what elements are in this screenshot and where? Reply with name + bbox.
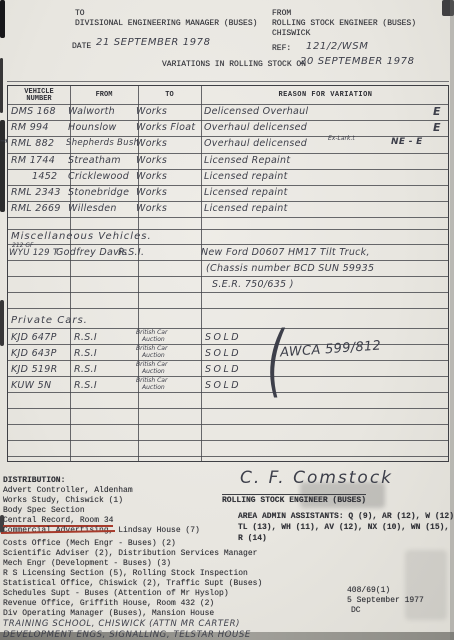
row-from: R.S.I (74, 364, 97, 375)
row-vehicle: KJD 643P (11, 348, 57, 359)
misc-from: Godfrey Davis (56, 247, 127, 258)
grouping-brace: ( (267, 326, 284, 396)
row-vehicle: 1452 (32, 171, 57, 182)
row-reason: SOLD (205, 364, 241, 375)
row-line (8, 392, 448, 393)
scan-artifact (0, 120, 5, 212)
row-line (8, 120, 448, 121)
row-line (8, 201, 448, 202)
col-header-from: FROM (70, 91, 138, 99)
form-initials: DC (351, 606, 361, 615)
form-date: 5 September 1977 (347, 596, 424, 605)
scan-artifact (0, 0, 5, 38)
row-from: Stonebridge (68, 187, 129, 198)
row-from: Willesden (68, 203, 117, 214)
row-line (8, 440, 448, 441)
row-to: Works (136, 138, 167, 149)
row-note: E (433, 105, 441, 118)
misc-heading: Miscellaneous Vehicles. (11, 231, 152, 242)
row-line (8, 360, 448, 361)
from-place: CHISWICK (272, 29, 310, 38)
distribution-item: Div Operating Manager (Buses), Mansion H… (3, 609, 283, 619)
form-reference: 408/69(1) (347, 586, 390, 595)
from-value: ROLLING STOCK ENGINEER (BUSES) (272, 19, 416, 28)
row-from: R.S.I (74, 348, 97, 359)
row-line (8, 292, 448, 293)
row-reason: Licensed repaint (204, 187, 288, 198)
misc-reason-2: (Chassis number BCD SUN 59935 (206, 263, 374, 274)
row-line (8, 276, 448, 277)
col-header-vehicle-2: NUMBER (8, 95, 70, 103)
row-line (8, 328, 448, 329)
distribution-item-handwritten: TRAINING SCHOOL, CHISWICK (ATTN MR CARTE… (3, 619, 283, 629)
row-vehicle: KJD 647P (11, 332, 57, 343)
scan-artifact (405, 550, 447, 620)
row-vehicle: DMS 168 (11, 106, 56, 117)
row-vehicle: KUW 5N (11, 380, 51, 391)
distribution-item: Statistical Office, Chiswick (2), Traffi… (3, 579, 283, 589)
row-line (8, 260, 448, 261)
col-header-reason: REASON FOR VARIATION (201, 91, 450, 99)
row-to-2: Auction (142, 385, 192, 392)
admin-assistants-line2: TL (13), WH (11), AV (12), NX (10), WN (… (238, 523, 449, 532)
row-reason: Licensed repaint (204, 171, 288, 182)
scan-artifact (450, 0, 454, 640)
signature-title: ROLLING STOCK ENGINEER (BUSES) (222, 494, 366, 505)
ref-value-handwritten: 121/2/WSM (306, 41, 368, 52)
row-line (8, 185, 448, 186)
misc-reason-1: New Ford D0607 HM17 Tilt Truck, (201, 247, 370, 258)
row-to-2: Auction (142, 369, 192, 376)
distribution-item-commercial-rest: Lindsay House (7) (113, 526, 199, 535)
row-line (8, 229, 448, 230)
brace-note: AWCA 599/812 (280, 338, 382, 360)
row-line (8, 153, 448, 154)
row-to: Works (136, 171, 167, 182)
row-from: Walworth (68, 106, 115, 117)
row-to-2: Auction (142, 337, 192, 344)
row-line (8, 456, 448, 457)
misc-reason-3: S.E.R. 750/635 ) (212, 279, 294, 290)
row-line (8, 344, 448, 345)
row-line (8, 217, 448, 218)
row-from: Streatham (68, 155, 121, 166)
to-label: TO (75, 9, 85, 18)
row-reason: SOLD (205, 380, 241, 391)
row-vehicle: KJD 519R (11, 364, 58, 375)
signature-handwritten: C. F. Comstock (240, 468, 393, 488)
distribution-item: Scientific Adviser (2), Distribution Ser… (3, 549, 283, 559)
admin-assistants-line3: R (14) (238, 534, 267, 543)
distribution-item: R S Licensing Section (5), Rolling Stock… (3, 569, 283, 579)
row-note: E (433, 121, 441, 134)
private-heading: Private Cars. (11, 315, 88, 326)
admin-assistants-line1: AREA ADMIN ASSISTANTS: Q (9), AR (12), W… (238, 512, 454, 521)
distribution-item-handwritten: DEVELOPMENT ENGS, SIGNALLING, TELSTAR HO… (3, 630, 283, 640)
row-note: NE - E (391, 137, 423, 147)
row-reason: Delicensed Overhaul (204, 106, 308, 117)
row-line (8, 308, 448, 309)
row-reason: SOLD (205, 348, 241, 359)
row-line (8, 136, 448, 137)
row-to: Works (136, 155, 167, 166)
row-to: Works (136, 187, 167, 198)
row-line (8, 169, 448, 170)
row-from: Cricklewood (68, 171, 129, 182)
variations-table: VEHICLE NUMBER FROM TO REASON FOR VARIAT… (7, 85, 449, 462)
distribution-item: Revenue Office, Griffith House, Room 432… (3, 599, 283, 609)
row-reason: SOLD (205, 332, 241, 343)
memo-title-date-handwritten: 20 SEPTEMBER 1978 (300, 56, 415, 67)
to-value: DIVISIONAL ENGINEERING MANAGER (BUSES) (75, 19, 257, 28)
scanned-memo-page: TO DIVISIONAL ENGINEERING MANAGER (BUSES… (0, 0, 454, 640)
row-vehicle: RML 2669 (11, 203, 61, 214)
row-reason: Overhaul delicensed (204, 138, 307, 149)
row-to-2: Auction (142, 353, 192, 360)
distribution-item-commercial-struck: Commercial Advertising, (3, 526, 113, 535)
row-reason: Overhaul delicensed (204, 122, 307, 133)
row-line (8, 376, 448, 377)
row-to: Works Float (136, 122, 195, 133)
row-to: Works (136, 106, 167, 117)
misc-to: R.S.I. (118, 247, 144, 258)
date-label: DATE (72, 42, 91, 51)
misc-vehicle: WYU 129 T (9, 248, 58, 258)
row-from: Hounslow (68, 122, 117, 133)
row-vehicle: RML 882 (11, 138, 54, 149)
ref-label: REF: (272, 44, 291, 53)
row-line (8, 104, 448, 105)
row-line (8, 424, 448, 425)
row-vehicle: RM 1744 (11, 155, 55, 166)
row-vehicle: RML 2343 (11, 187, 61, 198)
row-from: R.S.I (74, 332, 97, 343)
distribution-item: Schedules Supt - Buses (Attention of Mr … (3, 589, 283, 599)
scan-artifact (0, 300, 4, 346)
row-line (8, 408, 448, 409)
row-vehicle: RM 994 (11, 122, 49, 133)
date-value-handwritten: 21 SEPTEMBER 1978 (96, 37, 211, 48)
row-reason: Licensed repaint (204, 203, 288, 214)
from-label: FROM (272, 9, 291, 18)
memo-title: VARIATIONS IN ROLLING STOCK ON (162, 60, 306, 69)
scan-artifact (0, 58, 3, 113)
row-line (8, 244, 448, 245)
row-from: Shepherds Bush (66, 138, 139, 148)
rule (7, 81, 449, 82)
distribution-item: Mech Engr (Development - Buses) (3) (3, 559, 283, 569)
row-to: Works (136, 203, 167, 214)
row-annotation: Ex-Lark.t (328, 135, 355, 142)
col-header-to: TO (138, 91, 201, 99)
row-reason: Licensed Repaint (204, 155, 290, 166)
row-from: R.S.I (74, 380, 97, 391)
column-line (201, 86, 202, 461)
